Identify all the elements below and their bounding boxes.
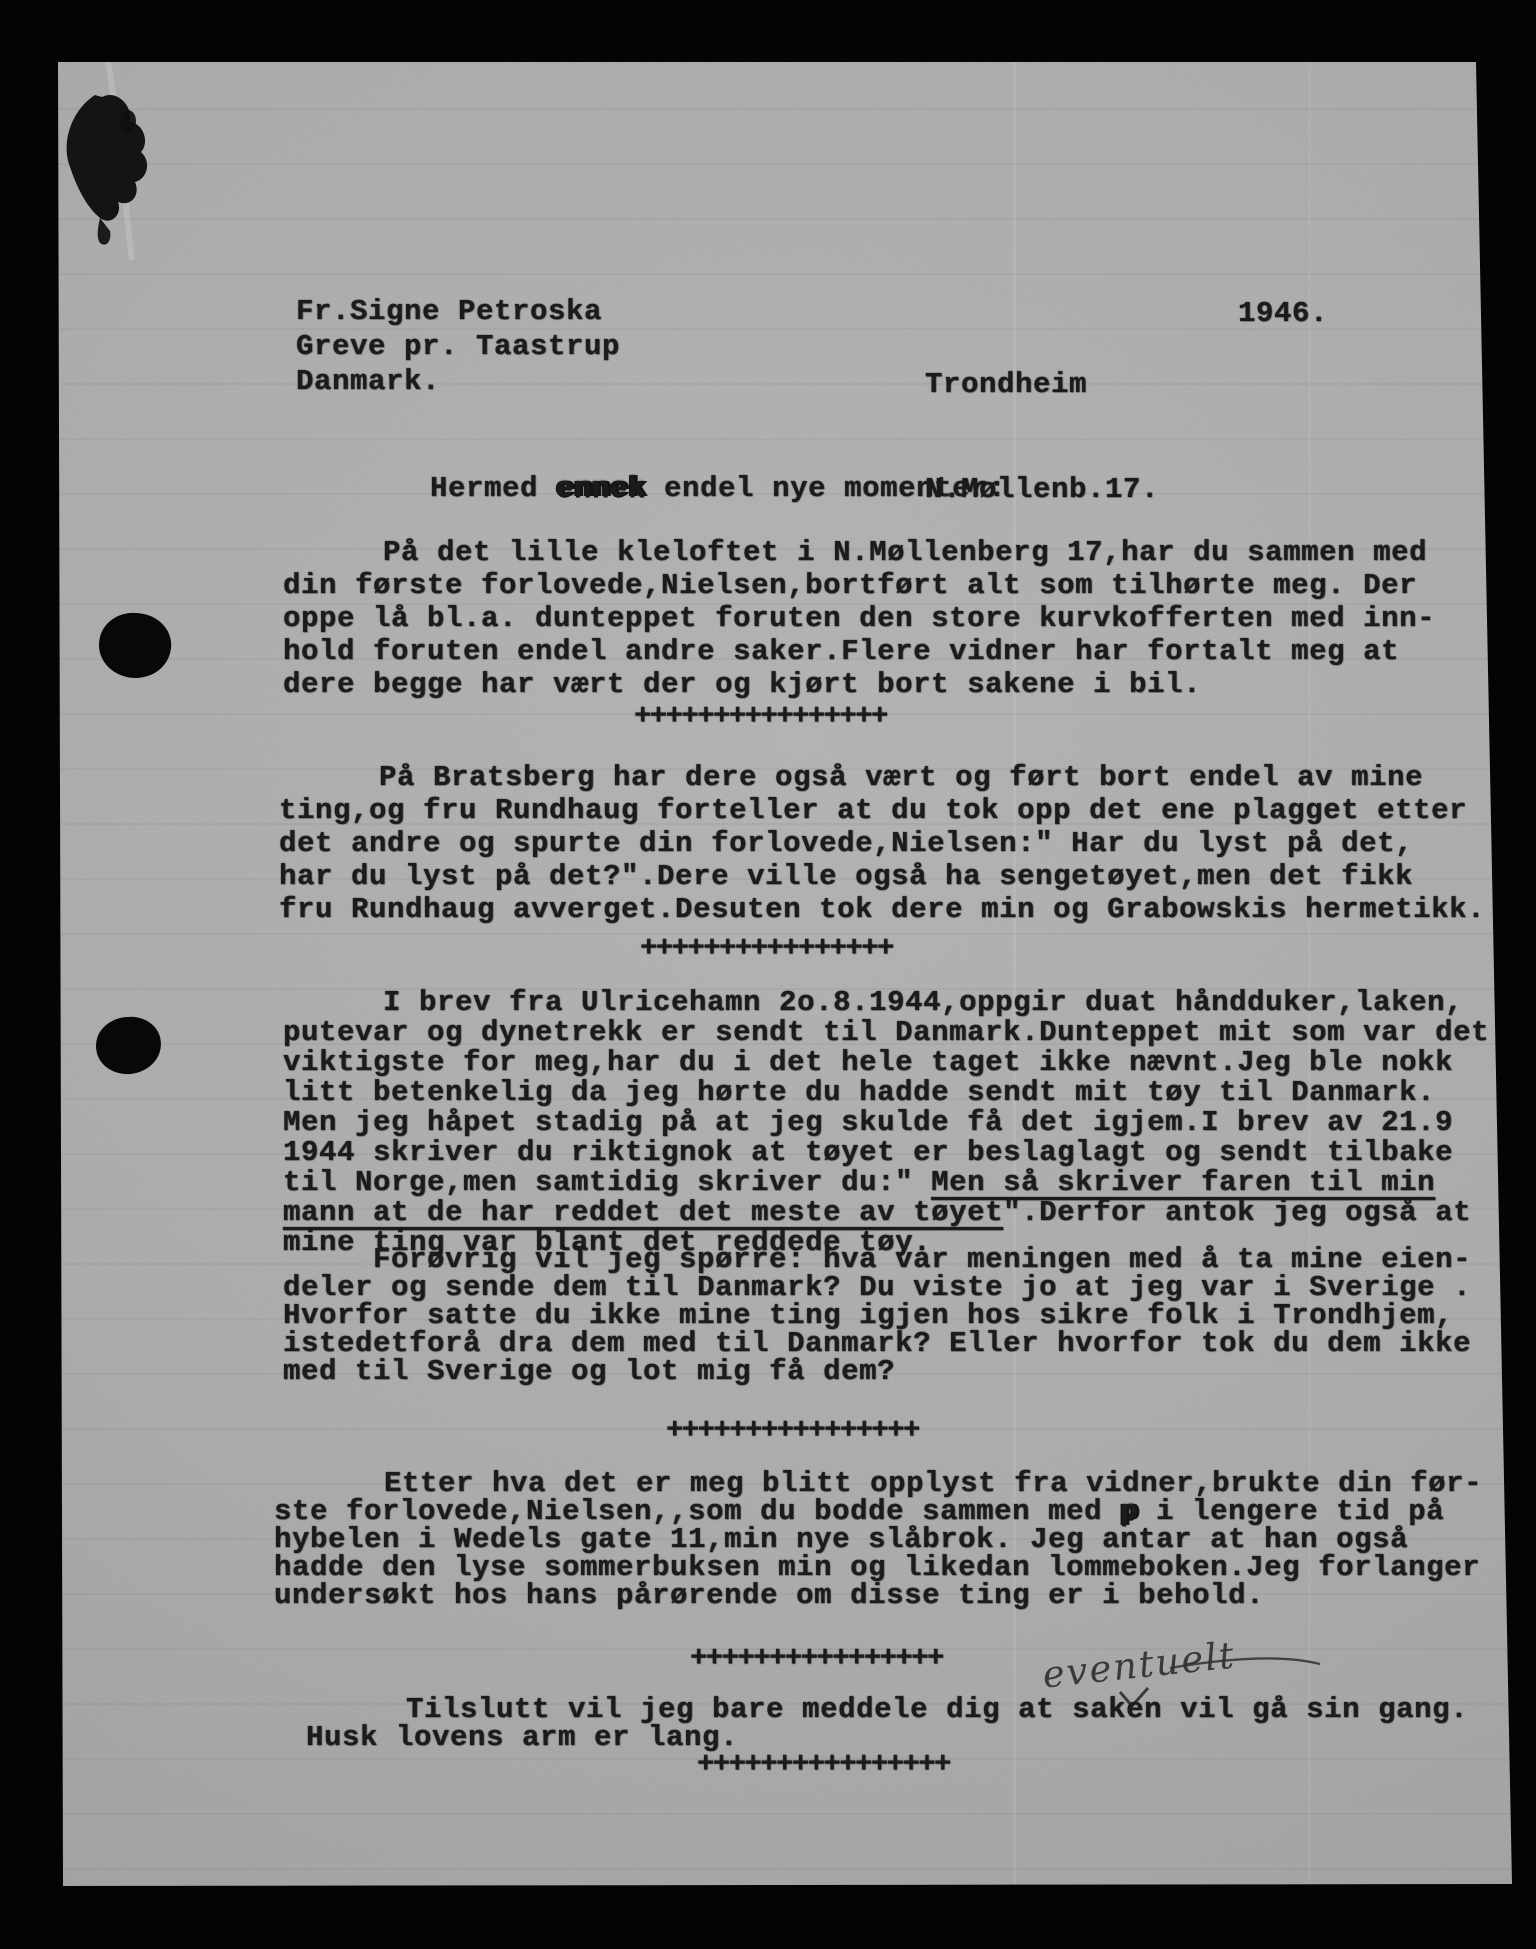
paper-sheet: Fr.Signe PetroskaGreve pr. TaastrupDanma…	[0, 0, 1536, 1949]
scan-grain-overlay	[0, 0, 1536, 1949]
scanned-letter-page: Fr.Signe PetroskaGreve pr. TaastrupDanma…	[0, 0, 1536, 1949]
